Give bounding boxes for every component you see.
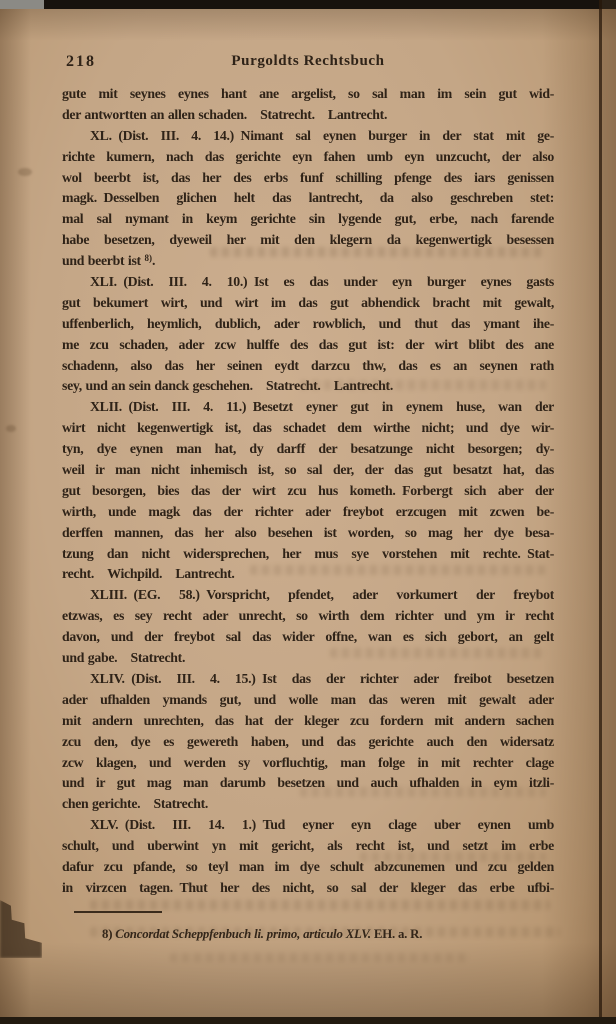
- text-line: magk. Desselben glichen helt das lantrec…: [62, 188, 554, 209]
- text-line: wirth, unde magk das der richter ader fr…: [62, 502, 554, 523]
- bleed-through-smudge: [90, 927, 560, 937]
- running-title: Purgoldts Rechtsbuch: [231, 53, 384, 69]
- bleed-through-smudge: [90, 900, 550, 910]
- bleed-through-smudge: [170, 953, 470, 962]
- text-line: zcu den, dye es gewereth haben, und das …: [62, 732, 554, 753]
- bleed-through-smudge: [300, 380, 546, 390]
- bleed-through-smudge: [300, 787, 546, 797]
- scan-edge-bottom: [0, 1017, 616, 1024]
- text-line: uffenberlich, heymlich, dublich, ader ro…: [62, 314, 554, 335]
- text-line: schadenn, also das her seinen eydt darzc…: [62, 356, 554, 377]
- text-line: XLII. (Dist. III. 4. 11.) Besetzt eyner …: [62, 397, 554, 418]
- text-line: wol beerbt ist, das her des erbs funf sc…: [62, 168, 554, 189]
- text-line: gut bekumert wirt, und wirt im das gut a…: [62, 293, 554, 314]
- text-line: me zcu schaden, ader zcw hulffe des das …: [62, 335, 554, 356]
- text-line: derffen mannen, das her also besehen ist…: [62, 523, 554, 544]
- text-line: richte kumern, nach das gerichte eyn fah…: [62, 147, 554, 168]
- text-line: wirt nicht kegenwertigk ist, das schadet…: [62, 418, 554, 439]
- text-line: mal sal nymant in keym gerichte sin lyge…: [62, 209, 554, 230]
- text-line: XL. (Dist. III. 4. 14.) Nimant sal eynen…: [62, 126, 554, 147]
- scan-edge-top-grey-patch: [0, 0, 44, 9]
- text-line: XLI. (Dist. III. 4. 10.) Ist es das unde…: [62, 272, 554, 293]
- text-line: chen gerichte. Statrecht.: [62, 794, 554, 815]
- bleed-through-smudge: [360, 852, 546, 862]
- text-line: zcw klagen, und werden sy vorfluchtig, m…: [62, 753, 554, 774]
- page-edge-tint: [602, 0, 616, 1024]
- text-line: gut besorgen, bies das der wirt zcu hus …: [62, 481, 554, 502]
- paragraph: XLI. (Dist. III. 4. 10.) Ist es das unde…: [62, 272, 554, 397]
- text-line: der antwortten an allen schaden. Statrec…: [62, 105, 554, 126]
- text-line: etzwas, es sey recht ader unrecht, so wi…: [62, 606, 554, 627]
- torn-edge-mark: [0, 900, 42, 958]
- text-line: XLIII. (EG. 58.) Vorspricht, pfendet, ad…: [62, 585, 554, 606]
- text-line: XLV. (Dist. III. 14. 1.) Tud eyner eyn c…: [62, 815, 554, 836]
- text-line: ader ufhalden ymands gut, und wolle man …: [62, 690, 554, 711]
- paper-stain: [18, 168, 32, 176]
- bleed-through-smudge: [210, 247, 546, 257]
- text-line: tzung dan nicht widersprechen, her mus s…: [62, 544, 554, 565]
- text-line: mit andern unrechten, das hat der kleger…: [62, 711, 554, 732]
- paper-stain: [6, 425, 16, 432]
- paragraph: gute mit seynes eynes hant ane argelist,…: [62, 84, 554, 126]
- text-line: gute mit seynes eynes hant ane argelist,…: [62, 84, 554, 105]
- paragraph: XLII. (Dist. III. 4. 11.) Besetzt eyner …: [62, 397, 554, 585]
- text-line: XLIV. (Dist. III. 4. 15.) Ist das der ri…: [62, 669, 554, 690]
- page-header: 218 Purgoldts Rechtsbuch: [62, 52, 554, 76]
- text-line: tyn, dye eynen man hat, dy darff der bes…: [62, 439, 554, 460]
- scan-edge-top: [0, 0, 616, 9]
- text-line: in virzcen tagen. Thut her des nicht, so…: [62, 878, 554, 899]
- footnote-rule: [74, 911, 162, 913]
- book-page-scan: 218 Purgoldts Rechtsbuch gute mit seynes…: [0, 0, 616, 1024]
- text-block: gute mit seynes eynes hant ane argelist,…: [62, 84, 554, 899]
- page-number: 218: [66, 53, 96, 71]
- text-line: weil ir man nicht inhemisch ist, so sal …: [62, 460, 554, 481]
- bleed-through-smudge: [250, 565, 546, 575]
- text-line: davon, und der freybot sal das wider off…: [62, 627, 554, 648]
- bleed-through-smudge: [330, 648, 546, 658]
